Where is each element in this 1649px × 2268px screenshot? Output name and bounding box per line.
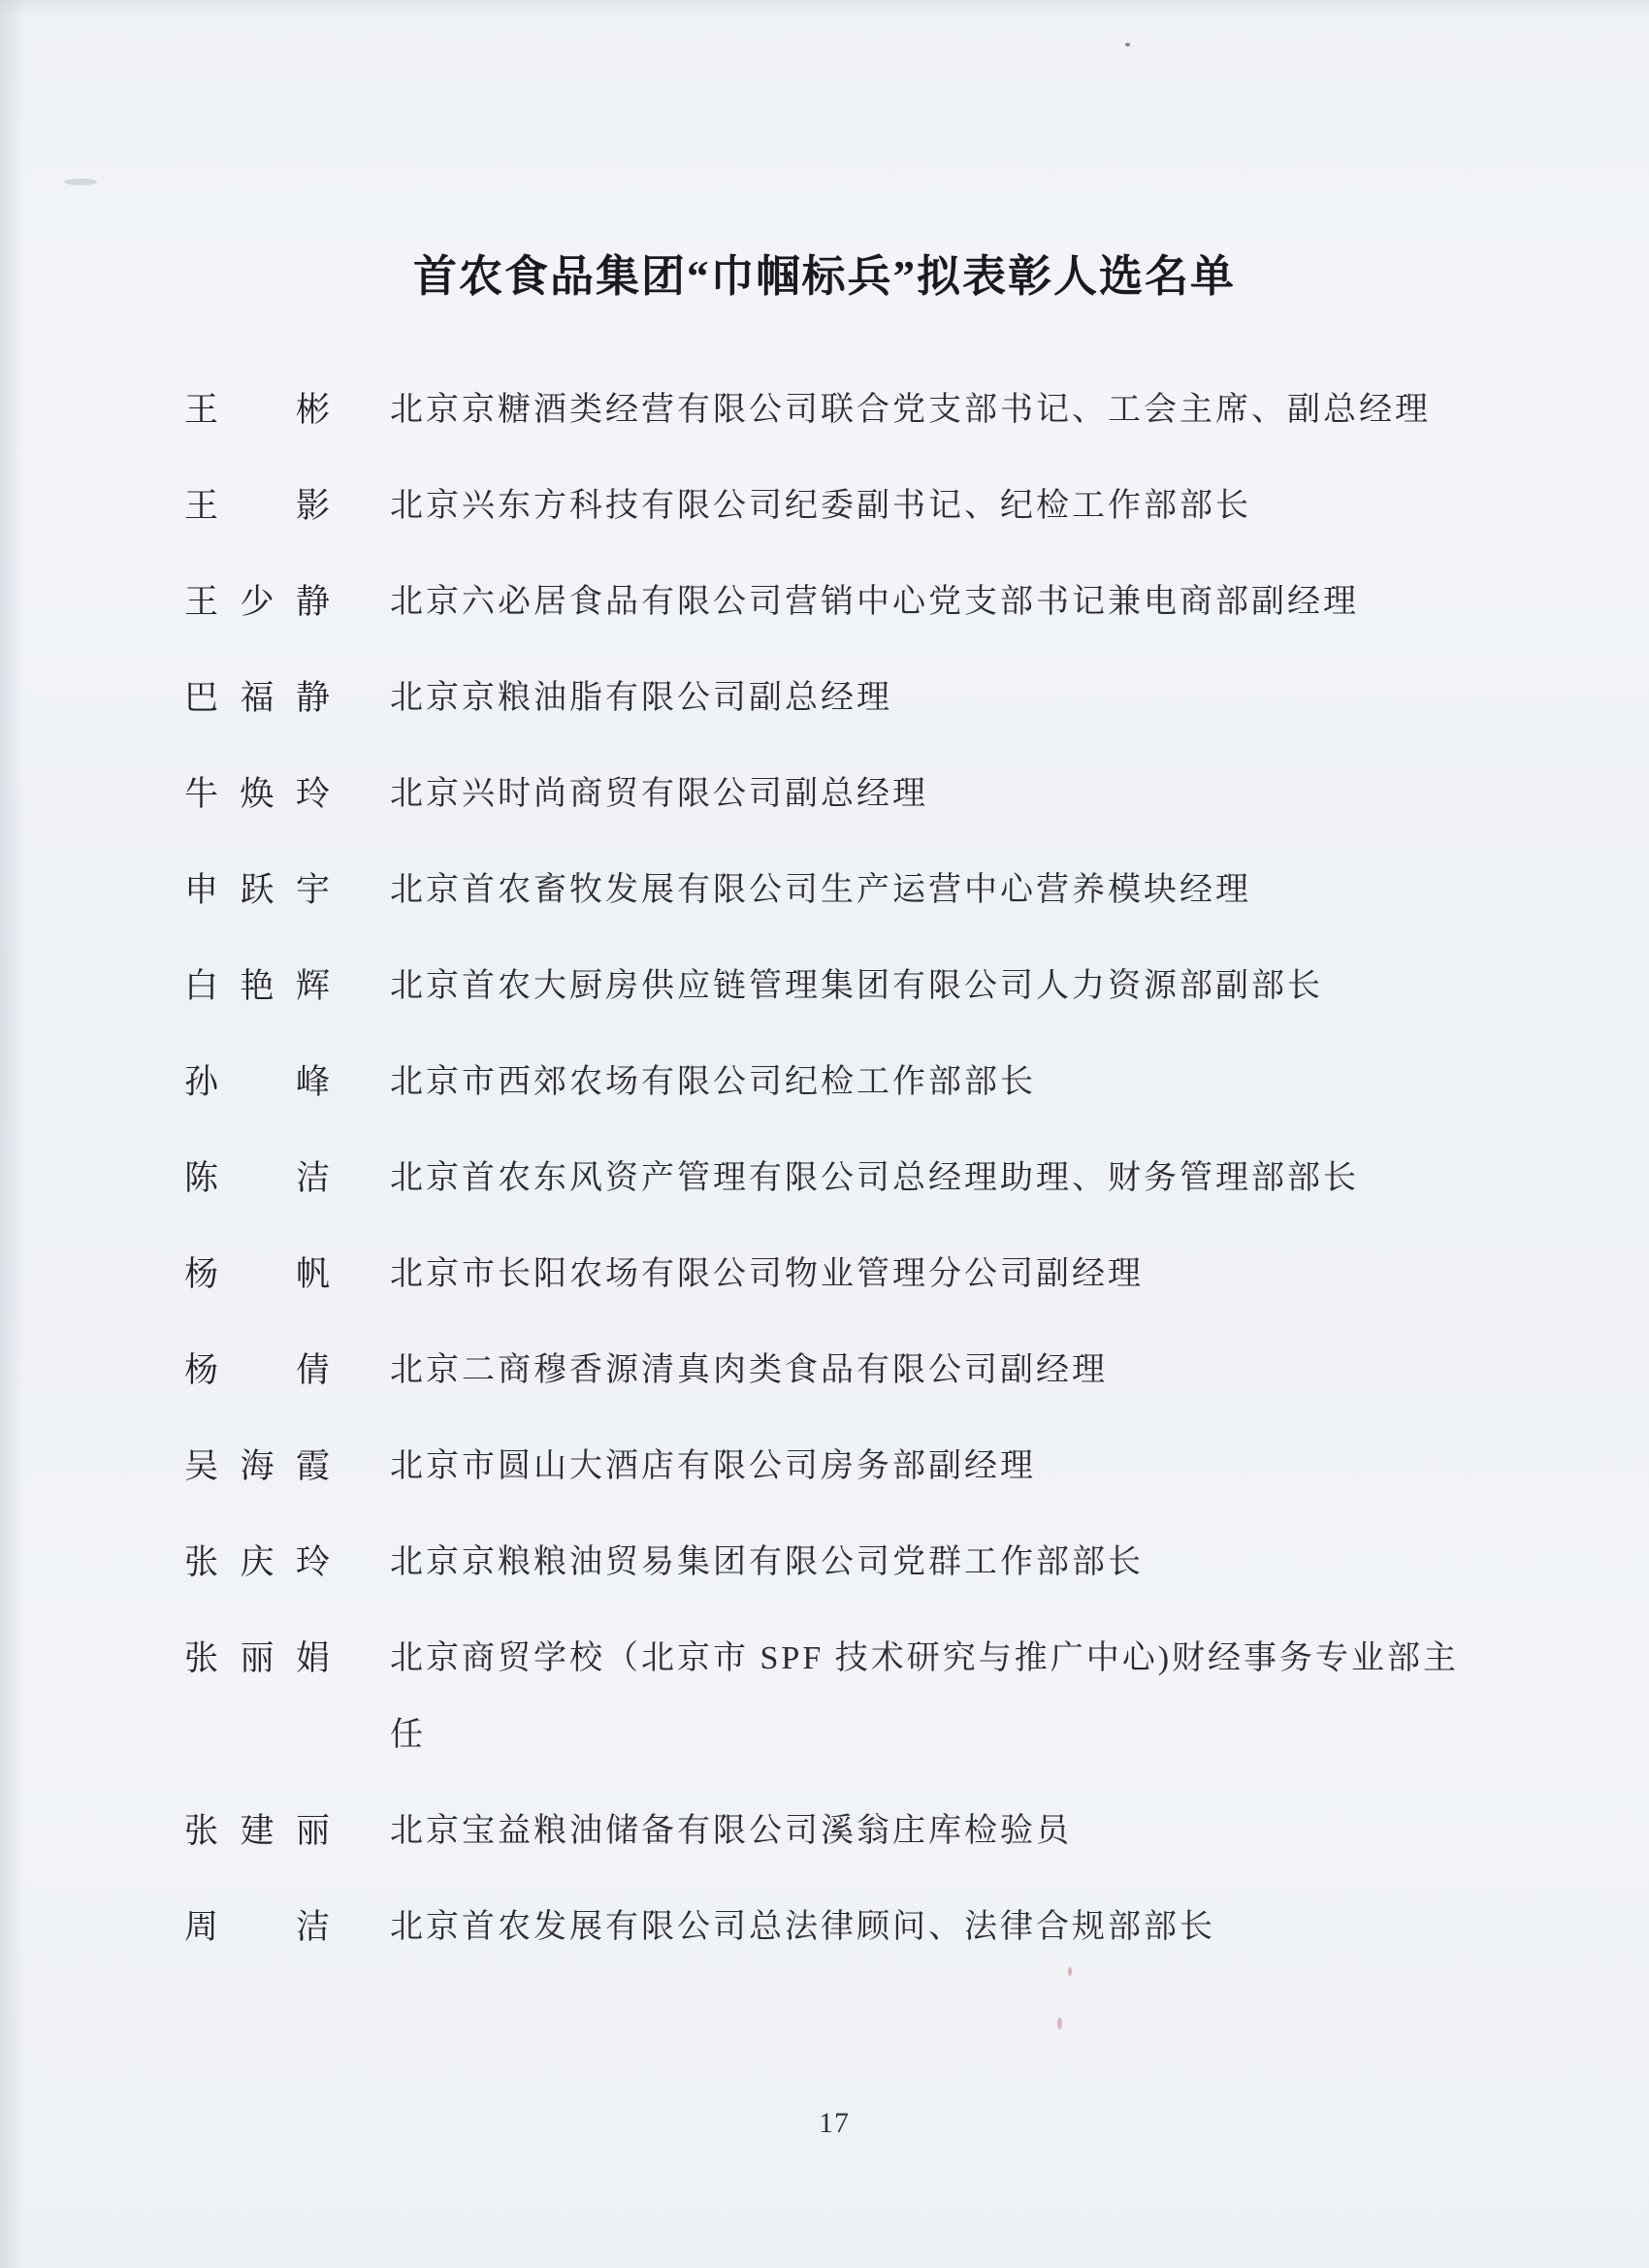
honoree-title: 北京京粮油脂有限公司副总经理: [390, 660, 1486, 736]
honoree-name: 巴福静: [184, 660, 330, 736]
honoree-name: 牛焕玲: [184, 756, 330, 832]
honoree-title: 北京首农大厨房供应链管理集团有限公司人力资源部副部长: [390, 948, 1486, 1024]
honoree-name: 张庆玲: [184, 1524, 330, 1601]
document-title: 首农食品集团“巾帼标兵”拟表彰人选名单: [0, 241, 1649, 304]
list-item: 王 彬 北京京糖酒类经营有限公司联合党支部书记、工会主席、副总经理: [184, 372, 1503, 448]
honoree-title: 北京市长阳农场有限公司物业管理分公司副经理: [390, 1236, 1486, 1312]
list-item: 杨 倩 北京二商穆香源清真肉类食品有限公司副经理: [184, 1332, 1503, 1409]
honoree-name: 张建丽: [184, 1793, 330, 1869]
list-item: 申跃宇 北京首农畜牧发展有限公司生产运营中心营养模块经理: [184, 852, 1503, 928]
honoree-name: 王 彬: [184, 372, 330, 448]
list-item: 王 影 北京兴东方科技有限公司纪委副书记、纪检工作部部长: [184, 468, 1503, 544]
list-item: 白艳辉 北京首农大厨房供应链管理集团有限公司人力资源部副部长: [184, 948, 1503, 1024]
honoree-title: 北京兴东方科技有限公司纪委副书记、纪检工作部部长: [390, 468, 1486, 544]
honoree-name: 王少静: [184, 564, 330, 640]
honoree-name: 陈 洁: [184, 1140, 330, 1216]
scan-edge-shading-left: [0, 0, 25, 2268]
honoree-title: 北京商贸学校（北京市 SPF 技术研究与推广中心)财经事务专业部主任: [390, 1620, 1486, 1773]
list-item: 孙 峰 北京市西郊农场有限公司纪检工作部部长: [184, 1044, 1503, 1120]
honoree-name: 孙 峰: [184, 1044, 330, 1120]
honoree-title: 北京首农东风资产管理有限公司总经理助理、财务管理部部长: [390, 1140, 1486, 1216]
honoree-title: 北京京糖酒类经营有限公司联合党支部书记、工会主席、副总经理: [390, 372, 1486, 448]
honoree-title: 北京宝益粮油储备有限公司溪翁庄库检验员: [390, 1793, 1486, 1869]
page-number: 17: [184, 2107, 1484, 2140]
list-item: 张庆玲 北京京粮粮油贸易集团有限公司党群工作部部长: [184, 1524, 1503, 1601]
honoree-name: 杨 帆: [184, 1236, 330, 1312]
honoree-name: 王 影: [184, 468, 330, 544]
honoree-name: 杨 倩: [184, 1332, 330, 1409]
honoree-title: 北京市圆山大酒店有限公司房务部副经理: [390, 1428, 1486, 1505]
scan-speck-dark: [1125, 43, 1130, 47]
honoree-title: 北京首农发展有限公司总法律顾问、法律合规部部长: [390, 1889, 1486, 1965]
honoree-title: 北京市西郊农场有限公司纪检工作部部长: [390, 1044, 1486, 1120]
scanned-document-page: 首农食品集团“巾帼标兵”拟表彰人选名单 王 彬 北京京糖酒类经营有限公司联合党支…: [0, 0, 1649, 2268]
scan-speck-pink-1: [1068, 1967, 1072, 1976]
honoree-title: 北京首农畜牧发展有限公司生产运营中心营养模块经理: [390, 852, 1486, 928]
scan-smudge: [64, 178, 97, 185]
scan-edge-shading-top: [0, 0, 1649, 17]
list-item: 杨 帆 北京市长阳农场有限公司物业管理分公司副经理: [184, 1236, 1503, 1312]
honoree-title: 北京兴时尚商贸有限公司副总经理: [390, 756, 1486, 832]
list-item: 巴福静 北京京粮油脂有限公司副总经理: [184, 660, 1503, 736]
honoree-list: 王 彬 北京京糖酒类经营有限公司联合党支部书记、工会主席、副总经理 王 影 北京…: [184, 372, 1503, 1985]
list-item: 牛焕玲 北京兴时尚商贸有限公司副总经理: [184, 756, 1503, 832]
honoree-name: 白艳辉: [184, 948, 330, 1024]
list-item: 张丽娟 北京商贸学校（北京市 SPF 技术研究与推广中心)财经事务专业部主任: [184, 1620, 1503, 1773]
honoree-title: 北京二商穆香源清真肉类食品有限公司副经理: [390, 1332, 1486, 1409]
list-item: 陈 洁 北京首农东风资产管理有限公司总经理助理、财务管理部部长: [184, 1140, 1503, 1216]
list-item: 张建丽 北京宝益粮油储备有限公司溪翁庄库检验员: [184, 1793, 1503, 1869]
honoree-title: 北京京粮粮油贸易集团有限公司党群工作部部长: [390, 1524, 1486, 1601]
list-item: 周 洁 北京首农发展有限公司总法律顾问、法律合规部部长: [184, 1889, 1503, 1965]
scan-speck-pink-2: [1057, 2018, 1062, 2029]
honoree-name: 周 洁: [184, 1889, 330, 1965]
list-item: 吴海霞 北京市圆山大酒店有限公司房务部副经理: [184, 1428, 1503, 1505]
list-item: 王少静 北京六必居食品有限公司营销中心党支部书记兼电商部副经理: [184, 564, 1503, 640]
honoree-name: 张丽娟: [184, 1620, 330, 1697]
honoree-name: 吴海霞: [184, 1428, 330, 1505]
honoree-name: 申跃宇: [184, 852, 330, 928]
honoree-title: 北京六必居食品有限公司营销中心党支部书记兼电商部副经理: [390, 564, 1486, 640]
